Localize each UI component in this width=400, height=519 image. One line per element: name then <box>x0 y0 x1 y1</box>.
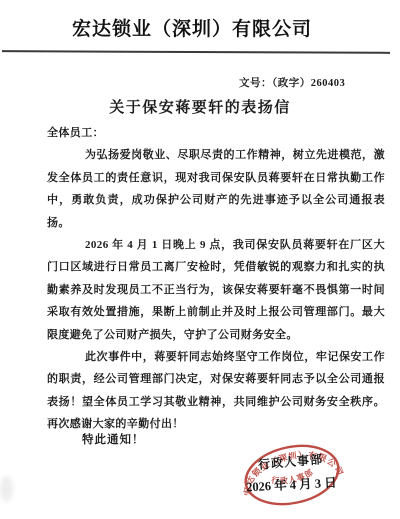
body-paragraph: 2026 年 4 月 1 日晚上 9 点，我司保安队员蒋要轩在厂区大门口区域进行… <box>47 234 385 346</box>
letter-body: 全体员工： 为弘扬爱岗敬业、尽职尽责的工作精神，树立先进模范，激发全体员工的责任… <box>47 122 385 436</box>
company-name-header: 宏达锁业（深圳）有限公司 <box>0 14 384 41</box>
scan-artifact <box>0 476 13 502</box>
scanned-letter-page: 宏达锁业（深圳）有限公司 文号：（政字）260403 关于保安蒋要轩的表扬信 全… <box>0 0 400 519</box>
header-divider-line <box>2 50 390 54</box>
document-number: 文号：（政字）260403 <box>239 75 345 90</box>
signature-block: 宏达锁业（深圳）有限公司 行政人事部 行政人事部 2026 年 4 月 3 日 <box>230 436 355 516</box>
body-paragraph: 为弘扬爱岗敬业、尽职尽责的工作精神，树立先进模范，激发全体员工的责任意识，现对我… <box>47 144 385 234</box>
closing-phrase: 特此通知！ <box>82 431 145 447</box>
salutation: 全体员工： <box>47 122 385 144</box>
letter-title: 关于保安蒋要轩的表扬信 <box>0 96 400 117</box>
body-paragraph: 此次事件中，蒋要轩同志始终坚守工作岗位，牢记保安工作的职责，经公司管理部门决定，… <box>47 346 385 436</box>
